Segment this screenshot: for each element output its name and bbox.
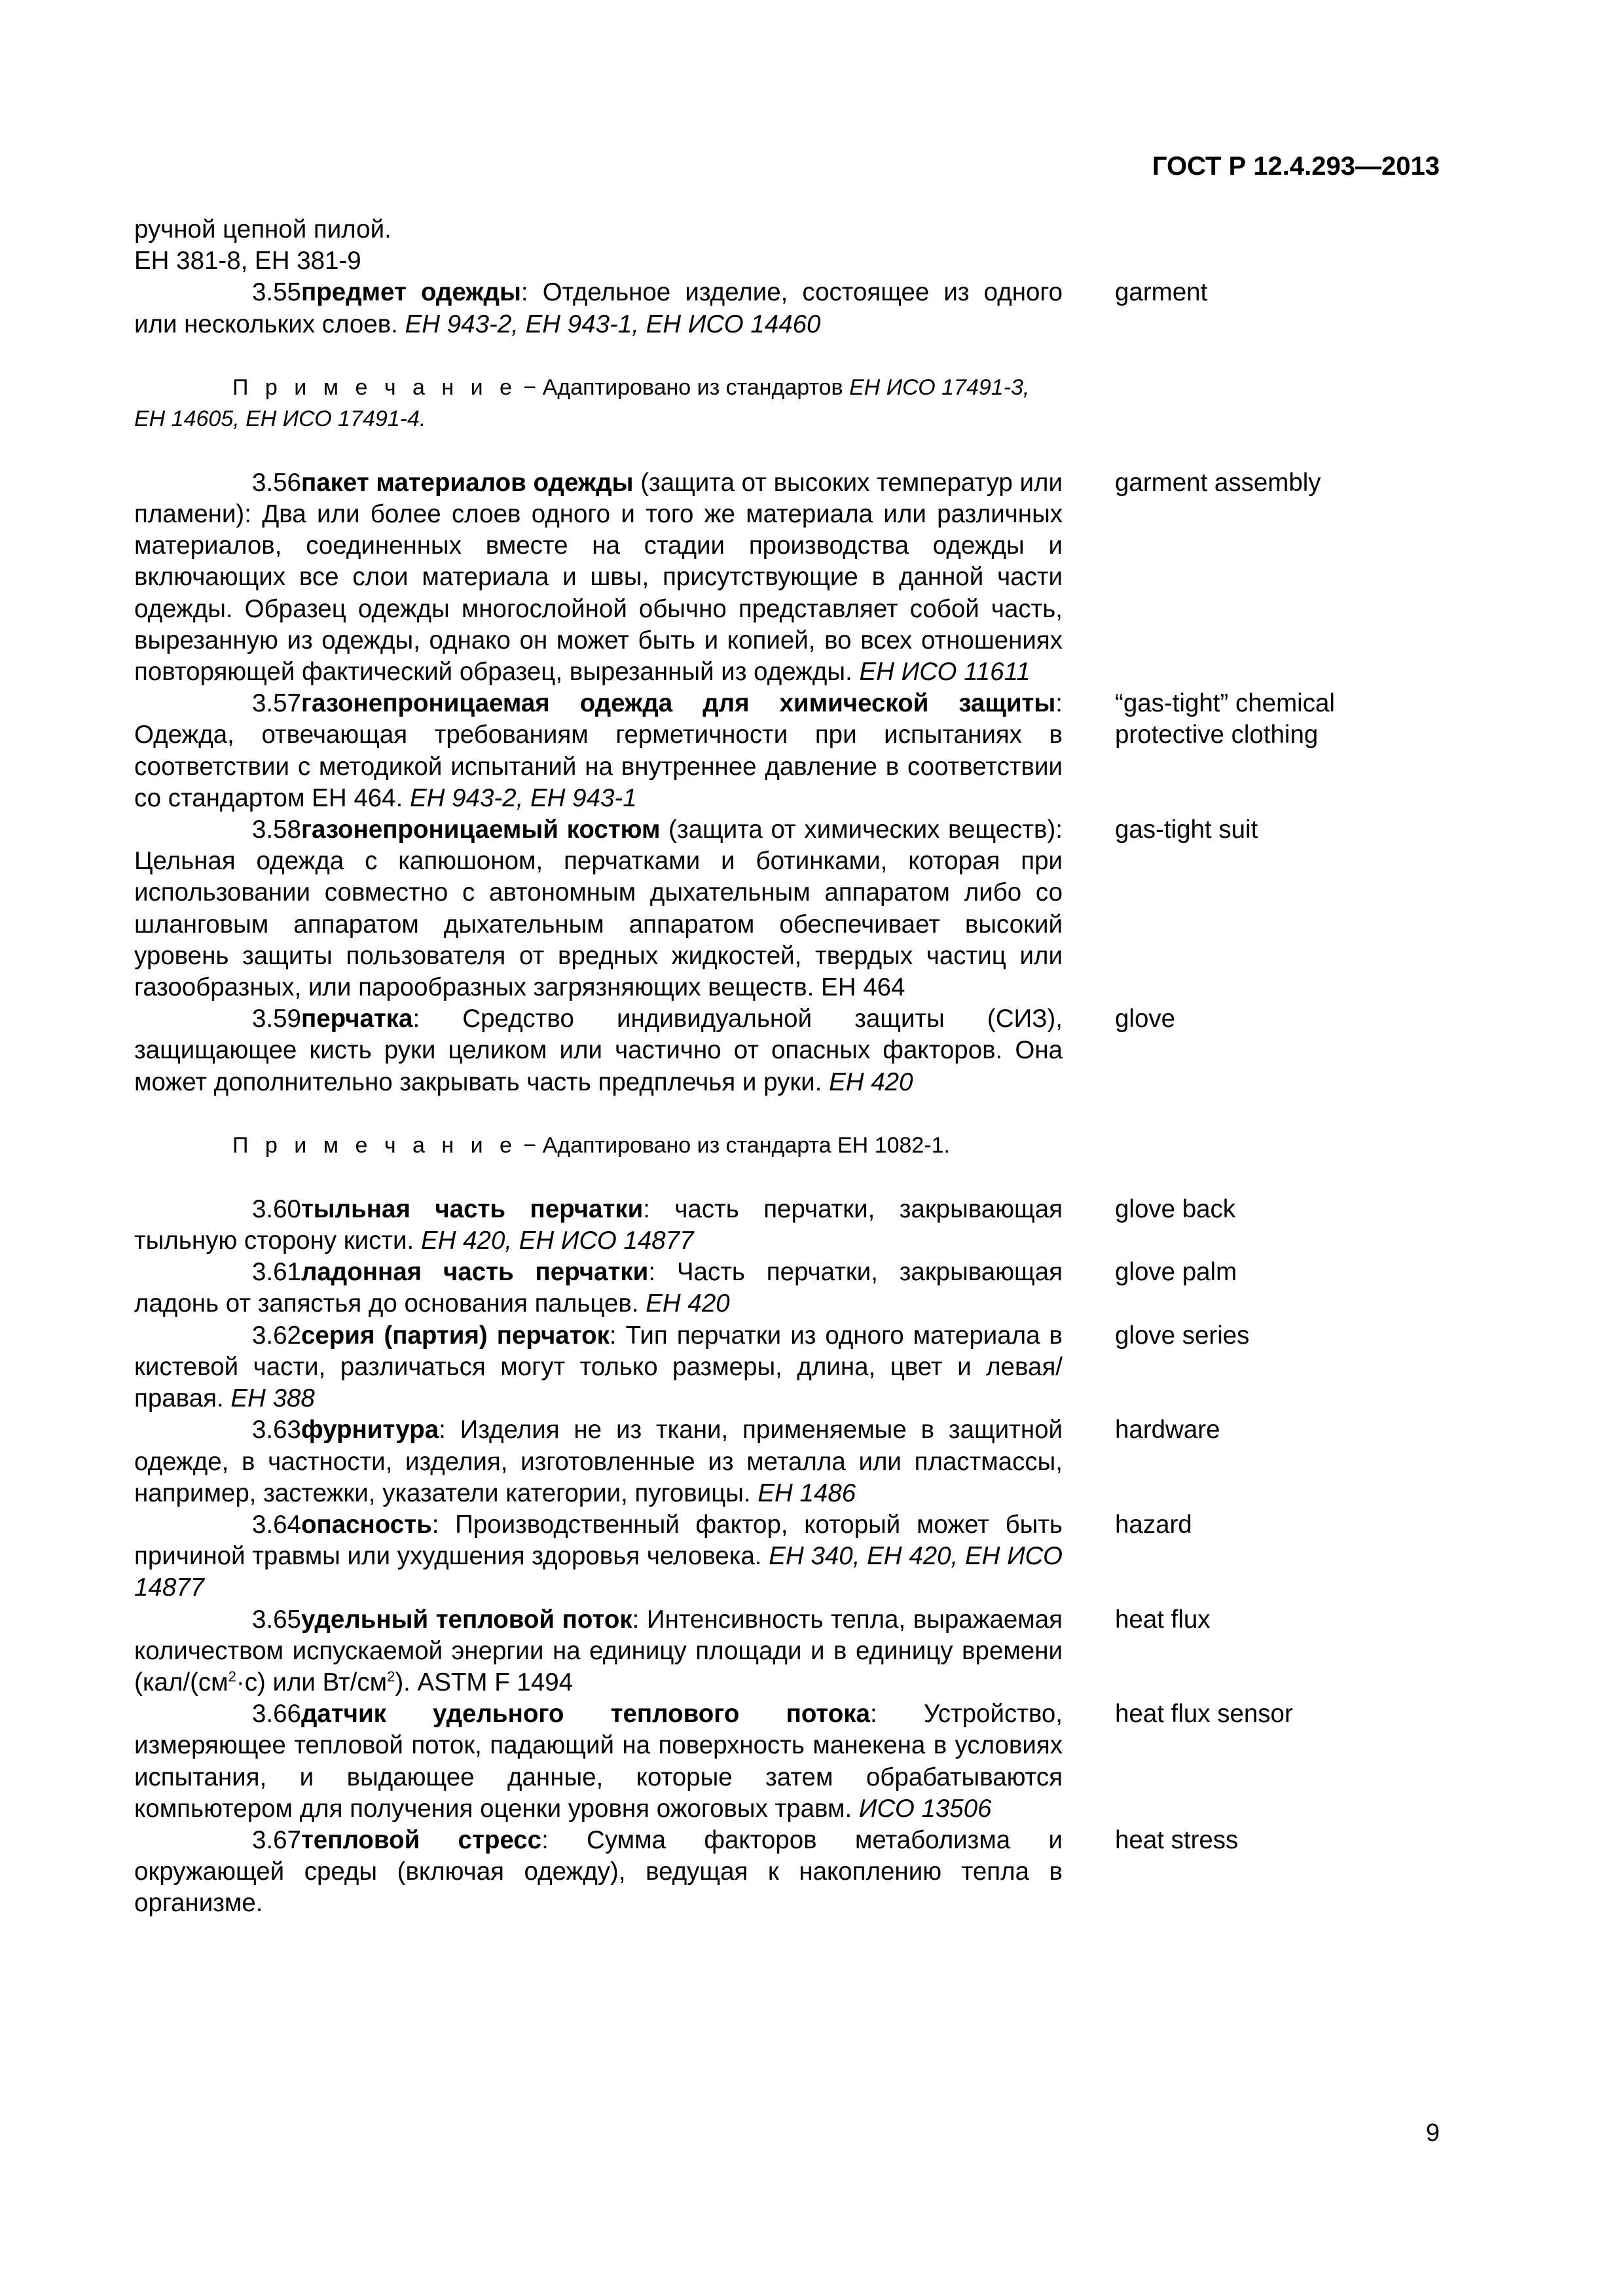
superscript: 2 xyxy=(228,1668,236,1685)
term-reference: ЕН 943-2, ЕН 943-1, ЕН ИСО 14460 xyxy=(405,310,821,338)
term-entry: 3.62серия (партия) перчаток: Тип перчатк… xyxy=(134,1320,1444,1415)
term-definition: 3.61ладонная часть перчатки: Часть перча… xyxy=(134,1257,1063,1319)
term-definition: 3.55предмет одежды: Отдельное изделие, с… xyxy=(134,277,1063,340)
term-english: hardware xyxy=(1115,1414,1429,1446)
term-definition: 3.59перчатка: Средство индивидуальной за… xyxy=(134,1003,1063,1098)
term-english: “gas-tight” chemical protective clothing xyxy=(1115,688,1429,751)
term-number: 3.64 xyxy=(252,1511,301,1539)
term-entry: 3.60тыльная часть перчатки: часть перчат… xyxy=(134,1194,1444,1257)
term-number: 3.62 xyxy=(252,1321,301,1350)
term-english: garment assembly xyxy=(1115,467,1429,499)
term-definition: 3.65удельный тепловой поток: Интенсивнос… xyxy=(134,1604,1063,1699)
term-name: тепловой стресс xyxy=(301,1826,541,1854)
note: П р и м е ч а н и е − Адаптировано из ст… xyxy=(134,372,1063,435)
term-text: ·с) или Вт/см xyxy=(236,1668,387,1696)
term-english: glove back xyxy=(1115,1194,1429,1225)
term-definition: 3.58газонепроницаемый костюм (защита от … xyxy=(134,814,1063,1003)
term-english: heat stress xyxy=(1115,1825,1429,1856)
term-name: пакет материалов одежды xyxy=(301,469,634,497)
term-number: 3.59 xyxy=(252,1005,301,1033)
term-number: 3.61 xyxy=(252,1258,301,1286)
note-text: − Адаптировано из стандартов xyxy=(517,375,849,400)
term-number: 3.60 xyxy=(252,1195,301,1223)
term-entry: 3.66датчик удельного теплового потока: У… xyxy=(134,1698,1444,1825)
term-number: 3.63 xyxy=(252,1416,301,1444)
term-entry: 3.64опасность: Производственный фактор, … xyxy=(134,1509,1444,1604)
term-definition: 3.60тыльная часть перчатки: часть перчат… xyxy=(134,1194,1063,1257)
term-entry: 3.65удельный тепловой поток: Интенсивнос… xyxy=(134,1604,1444,1699)
term-definition: 3.64опасность: Производственный фактор, … xyxy=(134,1509,1063,1604)
intro-line: ручной цепной пилой. xyxy=(134,214,1063,245)
terms-content: ручной цепной пилой. ЕН 381-8, ЕН 381-9 … xyxy=(134,214,1444,1920)
term-number: 3.67 xyxy=(252,1826,301,1854)
intro-row: ручной цепной пилой. ЕН 381-8, ЕН 381-9 xyxy=(134,214,1444,277)
term-english: glove xyxy=(1115,1003,1429,1035)
term-reference: ЕН 1486 xyxy=(757,1479,856,1507)
term-name: фурнитура xyxy=(301,1416,439,1444)
term-name: предмет одежды xyxy=(301,278,521,306)
term-number: 3.66 xyxy=(252,1700,301,1728)
entries-list: 3.55предмет одежды: Отдельное изделие, с… xyxy=(134,277,1444,1919)
term-name: серия (партия) перчаток xyxy=(301,1321,610,1350)
term-definition: 3.63фурнитура: Изделия не из ткани, прим… xyxy=(134,1414,1063,1509)
term-name: газонепроницаемая одежда для химической … xyxy=(301,689,1055,717)
term-name: ладонная часть перчатки xyxy=(301,1258,648,1286)
term-english: hazard xyxy=(1115,1509,1429,1541)
term-entry: 3.55предмет одежды: Отдельное изделие, с… xyxy=(134,277,1444,340)
term-name: удельный тепловой поток xyxy=(301,1605,632,1634)
term-name: опасность xyxy=(301,1511,432,1539)
term-name: газонепроницаемый костюм xyxy=(301,816,661,844)
term-english: heat flux xyxy=(1115,1604,1429,1636)
term-definition: 3.66датчик удельного теплового потока: У… xyxy=(134,1698,1063,1825)
term-entry: 3.67тепловой стресс: Сумма факторов мета… xyxy=(134,1825,1444,1920)
term-number: 3.57 xyxy=(252,689,301,717)
page-number: 9 xyxy=(1426,2119,1440,2147)
term-reference: ЕН 420 xyxy=(829,1068,913,1096)
term-reference: ЕН ИСО 11611 xyxy=(859,658,1030,686)
intro-line: ЕН 381-8, ЕН 381-9 xyxy=(134,245,1063,277)
term-english: glove palm xyxy=(1115,1257,1429,1288)
term-entry: 3.61ладонная часть перчатки: Часть перча… xyxy=(134,1257,1444,1319)
term-english: heat flux sensor xyxy=(1115,1698,1429,1730)
term-reference: ЕН 420, ЕН ИСО 14877 xyxy=(421,1227,694,1255)
term-definition: 3.62серия (партия) перчаток: Тип перчатк… xyxy=(134,1320,1063,1415)
term-reference: ИСО 13506 xyxy=(859,1795,992,1823)
term-number: 3.65 xyxy=(252,1605,301,1634)
term-entry: 3.58газонепроницаемый костюм (защита от … xyxy=(134,814,1444,1003)
term-number: 3.56 xyxy=(252,469,301,497)
term-english: gas-tight suit xyxy=(1115,814,1429,846)
term-text: ). ASTM F 1494 xyxy=(395,1668,573,1696)
term-entry: 3.56пакет материалов одежды (защита от в… xyxy=(134,467,1444,688)
superscript: 2 xyxy=(387,1668,395,1685)
term-reference: ЕН 943-2, ЕН 943-1 xyxy=(410,784,637,812)
term-english: glove series xyxy=(1115,1320,1429,1352)
term-entry: 3.57газонепроницаемая одежда для химичес… xyxy=(134,688,1444,814)
note-text: − Адаптировано из стандарта ЕН 1082-1. xyxy=(517,1133,950,1158)
note-label: П р и м е ч а н и е xyxy=(232,1133,517,1158)
term-entry: 3.59перчатка: Средство индивидуальной за… xyxy=(134,1003,1444,1098)
note: П р и м е ч а н и е − Адаптировано из ст… xyxy=(134,1130,1063,1161)
term-reference: ЕН 388 xyxy=(230,1384,314,1412)
document-header: ГОСТ Р 12.4.293—2013 xyxy=(1152,152,1440,181)
term-definition: 3.56пакет материалов одежды (защита от в… xyxy=(134,467,1063,688)
term-reference: ЕН 420 xyxy=(646,1289,729,1318)
term-name: датчик удельного теплового потока xyxy=(301,1700,870,1728)
term-definition: 3.57газонепроницаемая одежда для химичес… xyxy=(134,688,1063,814)
term-name: перчатка xyxy=(301,1005,413,1033)
term-english: garment xyxy=(1115,277,1429,308)
term-definition: 3.67тепловой стресс: Сумма факторов мета… xyxy=(134,1825,1063,1920)
term-entry: 3.63фурнитура: Изделия не из ткани, прим… xyxy=(134,1414,1444,1509)
note-label: П р и м е ч а н и е xyxy=(232,375,517,400)
term-name: тыльная часть перчатки xyxy=(301,1195,643,1223)
term-number: 3.55 xyxy=(252,278,301,306)
term-text: (защита от высоких температур или пламен… xyxy=(134,469,1063,686)
term-number: 3.58 xyxy=(252,816,301,844)
